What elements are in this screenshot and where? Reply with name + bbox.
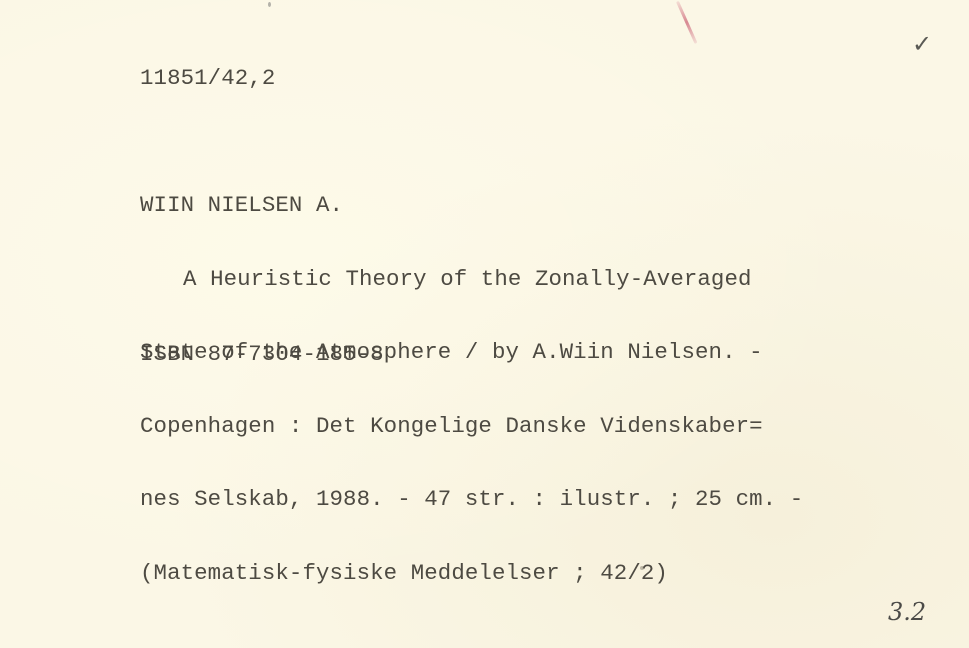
call-number: 11851/42,2: [140, 66, 275, 91]
publication-details-line: nes Selskab, 1988. - 47 str. : ilustr. ;…: [140, 487, 803, 512]
pink-pencil-mark: [676, 1, 697, 44]
author-heading: WIIN NIELSEN A.: [140, 193, 803, 218]
publisher-line: Copenhagen : Det Kongelige Danske Videns…: [140, 414, 803, 439]
shelf-mark: 3.2: [888, 598, 926, 626]
title-line: A Heuristic Theory of the Zonally-Averag…: [140, 267, 803, 292]
paper-speck: [268, 2, 271, 7]
paper-speck: [640, 566, 644, 570]
bibliographic-entry: WIIN NIELSEN A. A Heuristic Theory of th…: [140, 144, 803, 634]
series-line: (Matematisk-fysiske Meddelelser ; 42/2): [140, 561, 803, 586]
checkmark-icon: ✓: [912, 30, 932, 58]
isbn: ISBN 87-7304-185-8: [140, 342, 384, 367]
catalog-card: ✓ 11851/42,2 WIIN NIELSEN A. A Heuristic…: [0, 0, 969, 648]
